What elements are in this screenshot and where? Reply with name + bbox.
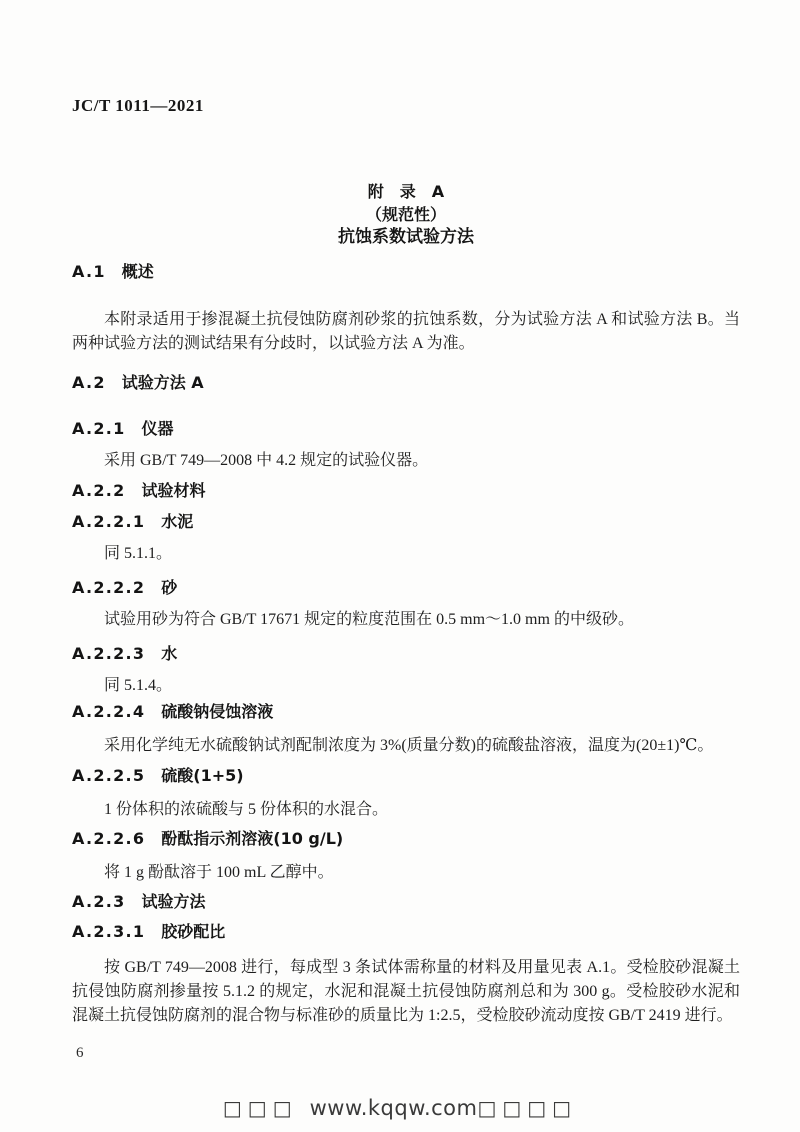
section-number: A.2.2.4	[72, 702, 145, 721]
watermark: □□□www.kqqw.com□□□□	[0, 1096, 800, 1120]
heading-a2-2-6: A.2.2.6酚酞指示剂溶液(10 g/L)	[72, 829, 740, 849]
section-title: 概述	[122, 262, 154, 281]
section-title: 试验方法 A	[122, 373, 204, 392]
section-title: 水	[161, 644, 177, 663]
section-number: A.2.2.5	[72, 766, 145, 785]
heading-a2: A.2试验方法 A	[72, 373, 740, 393]
page-number: 6	[76, 1045, 84, 1062]
para-a2-3-1-mix-ratio: 按 GB/T 749—2008 进行，每成型 3 条试体需称量的材料及用量见表 …	[72, 956, 740, 1028]
section-number: A.2.2.3	[72, 644, 145, 663]
section-title: 水泥	[161, 512, 193, 531]
heading-a2-2-5: A.2.2.5硫酸(1+5)	[72, 766, 740, 786]
section-number: A.2.1	[72, 419, 126, 438]
section-title: 酚酞指示剂溶液(10 g/L)	[161, 829, 343, 848]
para-a2-2-3-water: 同 5.1.4。	[72, 674, 740, 698]
watermark-url: www.kqqw.com	[310, 1096, 478, 1120]
section-title: 试验方法	[142, 892, 206, 911]
heading-a2-2-3: A.2.2.3水	[72, 644, 740, 664]
section-title: 硫酸钠侵蚀溶液	[161, 702, 273, 721]
appendix-title-line2: （规范性）	[72, 203, 740, 226]
para-a2-1-apparatus: 采用 GB/T 749—2008 中 4.2 规定的试验仪器。	[72, 449, 740, 473]
document-page: JC/T 1011—2021 附 录 A （规范性） 抗蚀系数试验方法 A.1概…	[0, 0, 800, 1132]
section-number: A.1	[72, 262, 106, 281]
para-a1-scope: 本附录适用于掺混凝土抗侵蚀防腐剂砂浆的抗蚀系数，分为试验方法 A 和试验方法 B…	[72, 308, 740, 356]
heading-a2-3: A.2.3试验方法	[72, 892, 740, 912]
para-a2-2-4-solution: 采用化学纯无水硫酸钠试剂配制浓度为 3%(质量分数)的硫酸盐溶液，温度为(20±…	[72, 734, 740, 758]
section-title: 试验材料	[142, 481, 206, 500]
para-a2-2-2-sand: 试验用砂为符合 GB/T 17671 规定的粒度范围在 0.5 mm～1.0 m…	[72, 608, 740, 632]
appendix-title-block: 附 录 A （规范性） 抗蚀系数试验方法	[72, 180, 740, 249]
section-number: A.2.3	[72, 892, 126, 911]
heading-a2-3-1: A.2.3.1胶砂配比	[72, 922, 740, 942]
heading-a2-2: A.2.2试验材料	[72, 481, 740, 501]
heading-a2-1: A.2.1仪器	[72, 419, 740, 439]
section-title: 胶砂配比	[161, 922, 225, 941]
appendix-title-line1: 附 录 A	[72, 180, 740, 203]
section-number: A.2.2.6	[72, 829, 145, 848]
section-number: A.2.2.1	[72, 512, 145, 531]
page-content: JC/T 1011—2021 附 录 A （规范性） 抗蚀系数试验方法 A.1概…	[72, 96, 740, 1028]
appendix-title-line3: 抗蚀系数试验方法	[72, 226, 740, 249]
section-number: A.2.3.1	[72, 922, 145, 941]
heading-a2-2-2: A.2.2.2砂	[72, 578, 740, 598]
watermark-tofu-left: □□□	[223, 1096, 298, 1120]
section-number: A.2.2.2	[72, 578, 145, 597]
para-a2-2-5-acid: 1 份体积的浓硫酸与 5 份体积的水混合。	[72, 798, 740, 822]
section-title: 仪器	[142, 419, 174, 438]
heading-a2-2-1: A.2.2.1水泥	[72, 512, 740, 532]
heading-a1: A.1概述	[72, 262, 740, 282]
doc-code: JC/T 1011—2021	[72, 96, 740, 116]
watermark-tofu-right: □□□□	[477, 1096, 577, 1120]
section-title: 砂	[161, 578, 177, 597]
section-number: A.2.2	[72, 481, 126, 500]
section-title: 硫酸(1+5)	[161, 766, 243, 785]
para-a2-2-6-indicator: 将 1 g 酚酞溶于 100 mL 乙醇中。	[72, 861, 740, 885]
section-number: A.2	[72, 373, 106, 392]
heading-a2-2-4: A.2.2.4硫酸钠侵蚀溶液	[72, 702, 740, 722]
para-a2-2-1-cement: 同 5.1.1。	[72, 542, 740, 566]
